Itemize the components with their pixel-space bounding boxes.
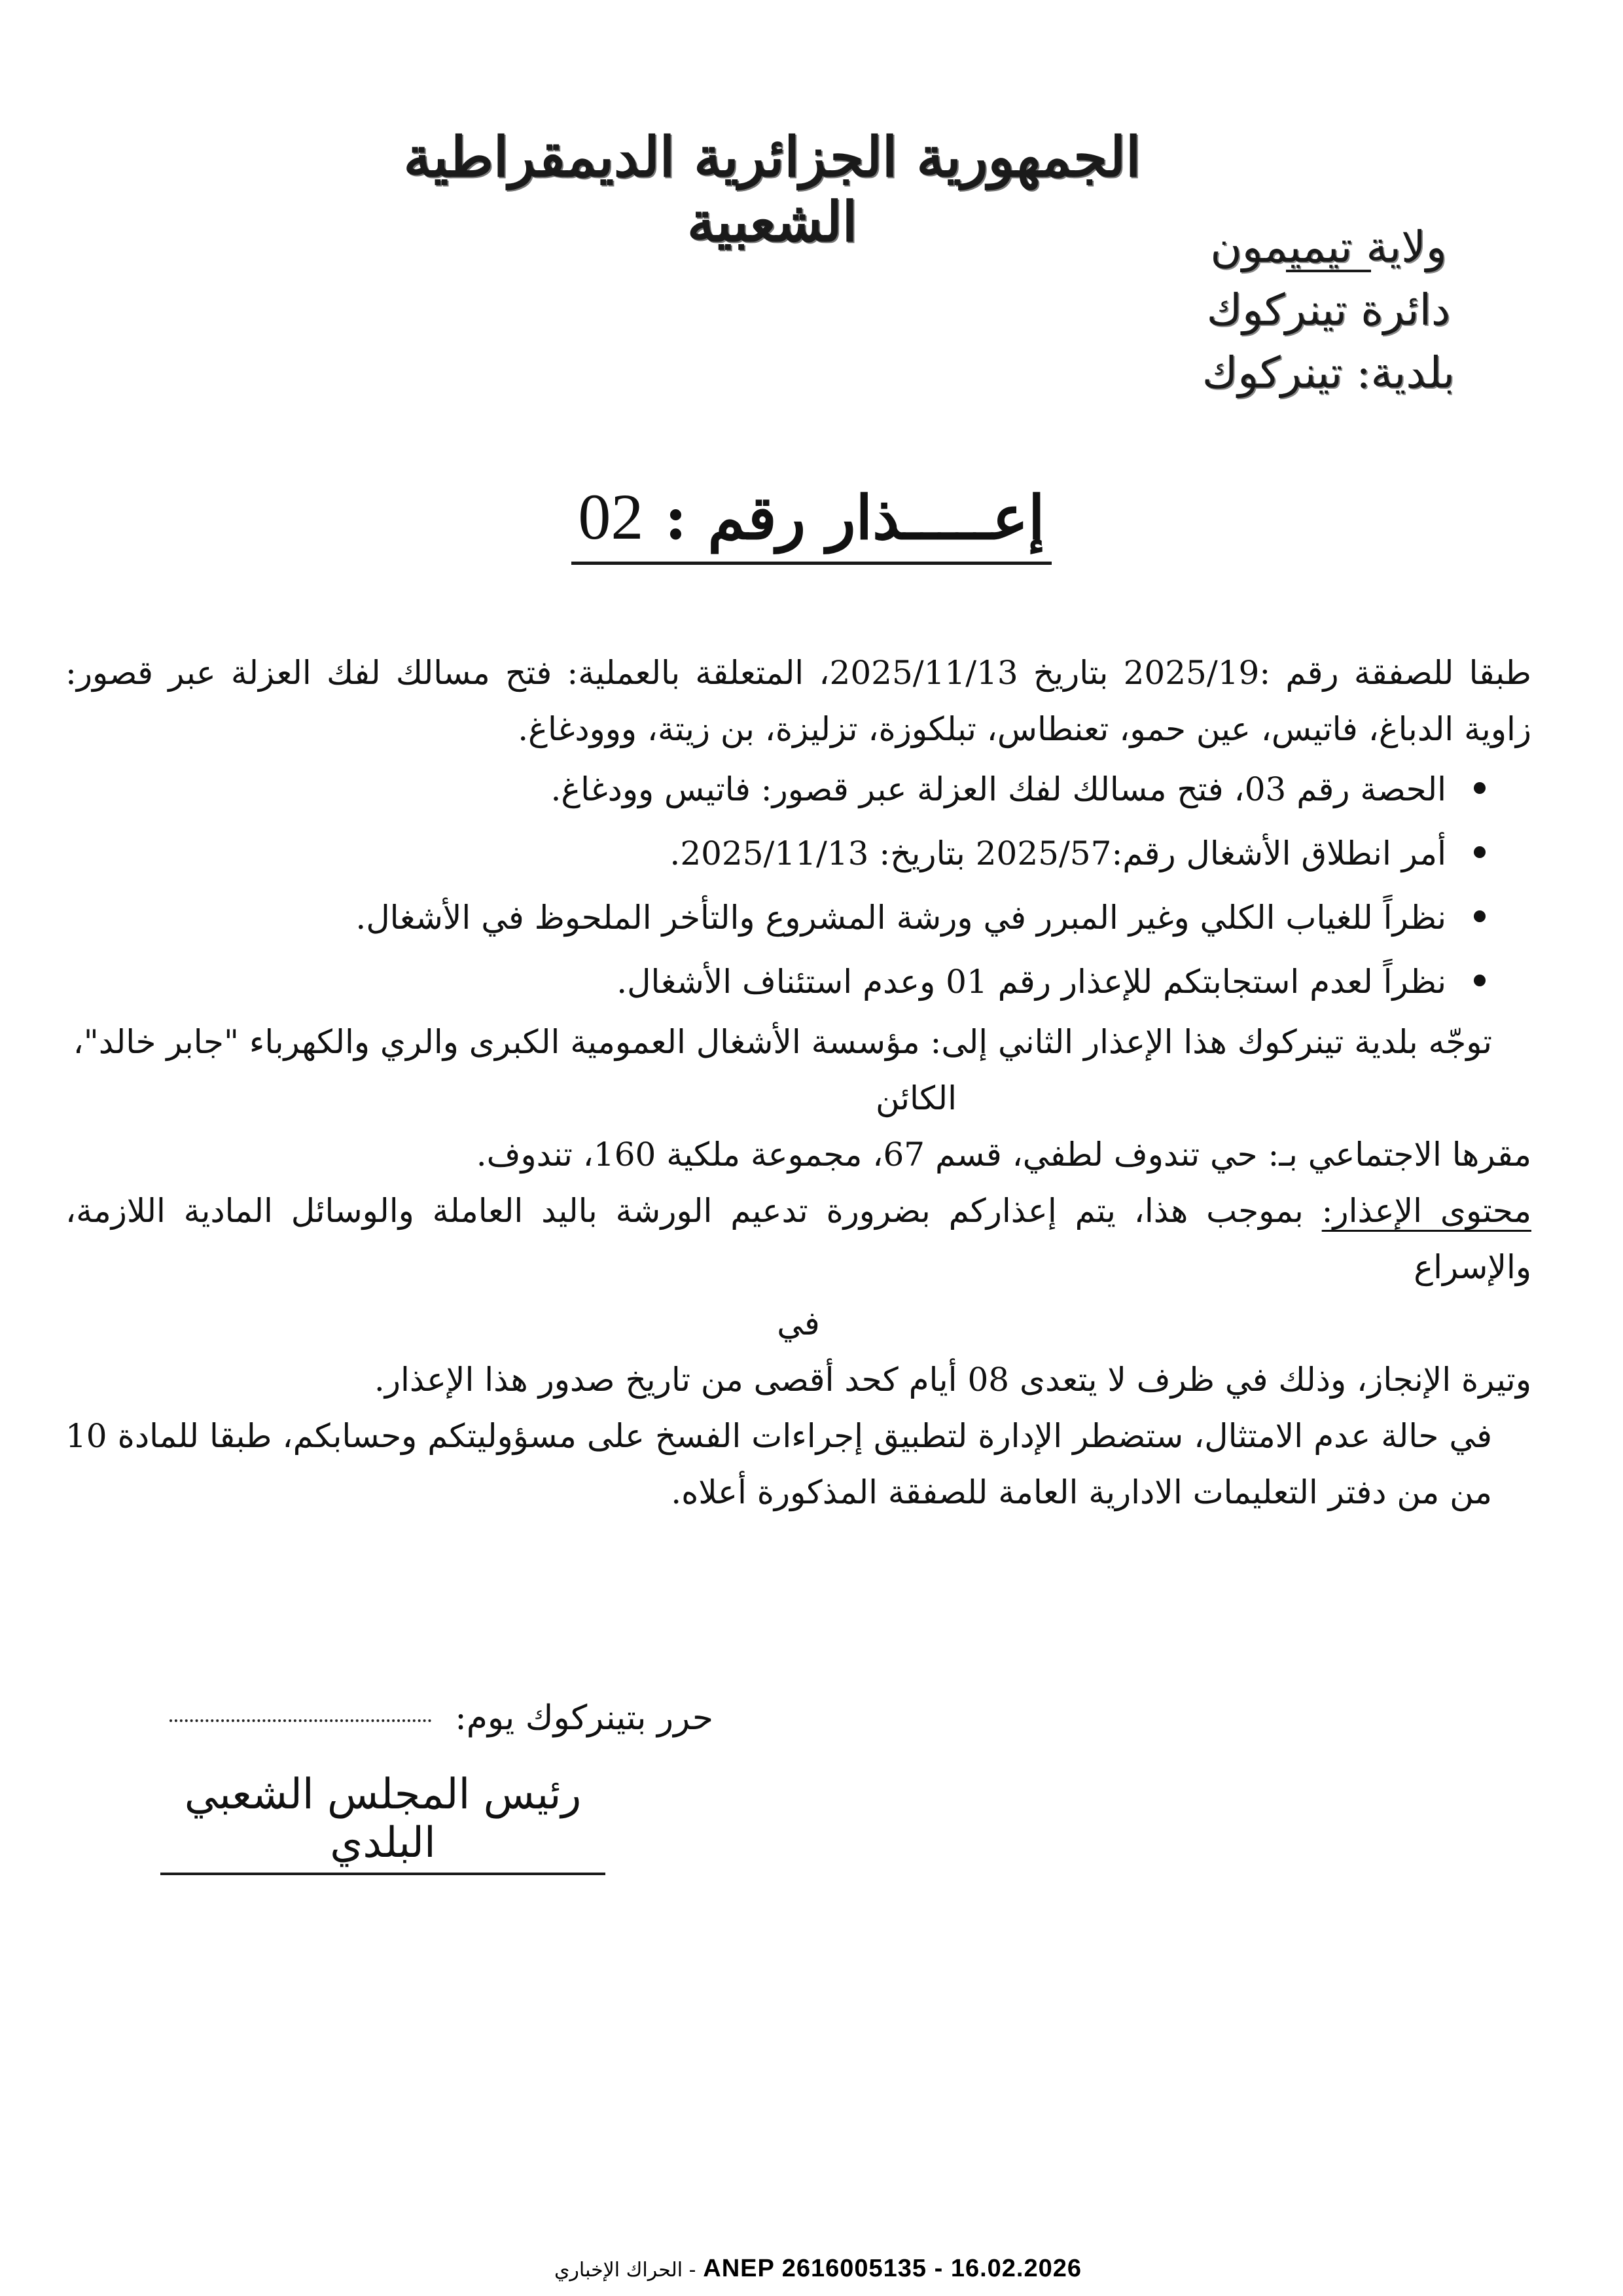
reasons-list: الحصة رقم 03، فتح مسالك لفك العزلة عبر ق… xyxy=(65,757,1531,1014)
content-fi: في xyxy=(65,1295,1531,1352)
bullet-icon xyxy=(1474,975,1486,986)
content-paragraph: محتوى الإعذار: بموجب هذا، يتم إعذاركم بض… xyxy=(65,1183,1531,1295)
list-item: نظراً لعدم استجابتكم للإعذار رقم 01 وعدم… xyxy=(65,950,1492,1014)
addressee-paragraph: توجّه بلدية تينركوك هذا الإعذار الثاني إ… xyxy=(65,1014,1531,1070)
title-block: إعـــــذار رقم : 02 xyxy=(550,481,1073,565)
date-field xyxy=(169,1719,431,1722)
bullet-icon xyxy=(1474,846,1486,858)
headquarters-paragraph: مقرها الاجتماعي بـ: حي تندوف لطفي، قسم 6… xyxy=(65,1126,1531,1183)
administrative-block: ولاية تيميمون دائرة تينركوك بلدية: تينرك… xyxy=(1145,216,1512,404)
place-date-line: حرر بتينركوك يوم: xyxy=(157,1698,713,1738)
wilaya-line: ولاية تيميمون xyxy=(1145,216,1512,279)
title-number: 02 xyxy=(578,480,643,553)
content-continuation: وتيرة الإنجاز، وذلك في ظرف لا يتعدى 08 أ… xyxy=(65,1352,1531,1408)
content-label: محتوى الإعذار: xyxy=(1322,1192,1531,1230)
list-item-text: الحصة رقم 03، فتح مسالك لفك العزلة عبر ق… xyxy=(550,770,1446,808)
list-item: نظراً للغياب الكلي وغير المبرر في ورشة ا… xyxy=(65,886,1492,950)
publication-code: ANEP 2616005135 - 16.02.2026 xyxy=(703,2255,1082,2282)
footer: ANEP 2616005135 - 16.02.2026 - الحراك ال… xyxy=(458,2255,1178,2283)
list-item: أمر انطلاق الأشغال رقم:2025/57 بتاريخ: 2… xyxy=(65,821,1492,886)
document-page: الجمهورية الجزائرية الديمقراطية الشعبية … xyxy=(0,0,1623,2296)
baladiya-line: بلدية: تينركوك xyxy=(1145,342,1512,404)
document-body: طبقا للصفقة رقم :2025/19 بتاريخ 2025/11/… xyxy=(65,645,1531,1520)
document-title: إعـــــذار رقم : 02 xyxy=(571,481,1051,565)
non-compliance-paragraph: في حالة عدم الامتثال، ستضطر الإدارة لتطب… xyxy=(65,1408,1531,1520)
content-text: بموجب هذا، يتم إعذاركم بضرورة تدعيم الور… xyxy=(65,1192,1531,1286)
bullet-icon xyxy=(1474,910,1486,922)
daira-line: دائرة تينركوك xyxy=(1145,279,1512,342)
located-label: الكائن xyxy=(65,1070,1531,1126)
title-label: إعـــــذار رقم : xyxy=(664,482,1044,553)
republic-heading: الجمهورية الجزائرية الديمقراطية الشعبية xyxy=(366,124,1178,254)
intro-paragraph: طبقا للصفقة رقم :2025/19 بتاريخ 2025/11/… xyxy=(65,645,1531,757)
list-item-text: نظراً للغياب الكلي وغير المبرر في ورشة ا… xyxy=(355,899,1446,937)
list-item-text: أمر انطلاق الأشغال رقم:2025/57 بتاريخ: 2… xyxy=(669,834,1446,872)
list-item-text: نظراً لعدم استجابتكم للإعذار رقم 01 وعدم… xyxy=(616,963,1446,1001)
place-date-label: حرر بتينركوك يوم: xyxy=(455,1698,713,1738)
list-item: الحصة رقم 03، فتح مسالك لفك العزلة عبر ق… xyxy=(65,757,1492,821)
bullet-icon xyxy=(1474,782,1486,794)
signer-title: رئيس المجلس الشعبي البلدي xyxy=(160,1770,605,1875)
publication-source: - الحراك الإخباري xyxy=(554,2259,696,2282)
